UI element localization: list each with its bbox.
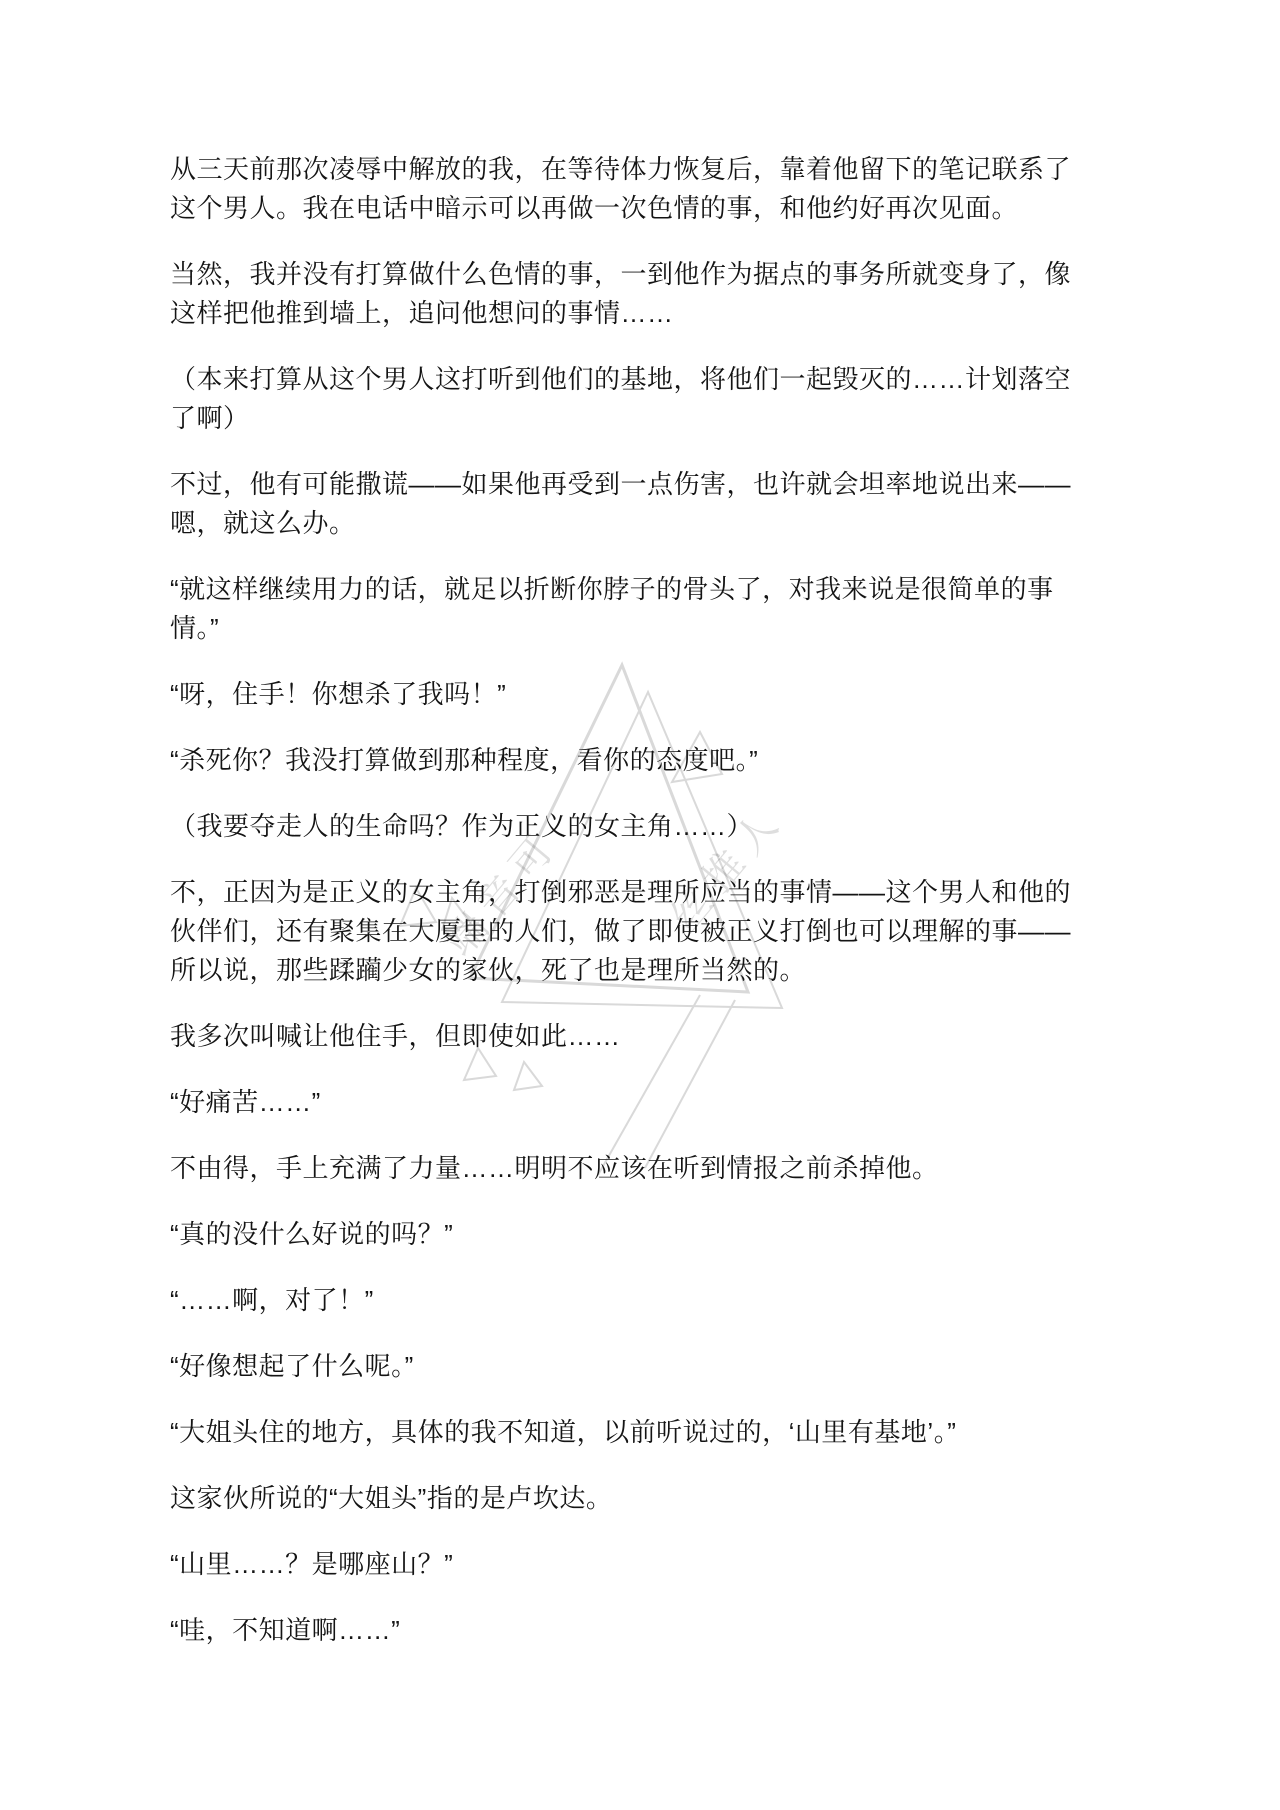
dialogue-line: “哇，不知道啊……” <box>170 1611 1082 1650</box>
document-page: 从三天前那次凌辱中解放的我，在等待体力恢复后，靠着他留下的笔记联系了这个男人。我… <box>0 0 1082 1650</box>
dialogue-line: “真的没什么好说的吗？” <box>170 1215 1082 1254</box>
dialogue-line: “好像想起了什么呢。” <box>170 1347 1082 1386</box>
dialogue-line: “杀死你？我没打算做到那种程度，看你的态度吧。” <box>170 741 1082 780</box>
narration-paragraph: 不，正因为是正义的女主角，打倒邪恶是理所应当的事情——这个男人和他的伙伴们，还有… <box>170 873 1082 990</box>
inner-thought: （本来打算从这个男人这打听到他们的基地，将他们一起毁灭的……计划落空了啊） <box>170 360 1082 438</box>
narration-paragraph: 这家伙所说的“大姐头”指的是卢坎达。 <box>170 1479 1082 1518</box>
narration-paragraph: 不由得，手上充满了力量……明明不应该在听到情报之前杀掉他。 <box>170 1149 1082 1188</box>
narration-paragraph: 我多次叫喊让他住手，但即使如此…… <box>170 1017 1082 1056</box>
narration-paragraph: 从三天前那次凌辱中解放的我，在等待体力恢复后，靠着他留下的笔记联系了这个男人。我… <box>170 150 1082 228</box>
dialogue-line: “山里……？是哪座山？” <box>170 1545 1082 1584</box>
inner-thought: （我要夺走人的生命吗？作为正义的女主角……） <box>170 807 1082 846</box>
dialogue-line: “呀，住手！你想杀了我吗！” <box>170 675 1082 714</box>
narration-paragraph: 不过，他有可能撒谎——如果他再受到一点伤害，也许就会坦率地说出来——嗯，就这么办… <box>170 465 1082 543</box>
dialogue-line: “……啊，对了！” <box>170 1281 1082 1320</box>
dialogue-line: “就这样继续用力的话，就足以折断你脖子的骨头了，对我来说是很简单的事情。” <box>170 570 1082 648</box>
dialogue-line: “大姐头住的地方，具体的我不知道，以前听说过的，‘山里有基地’。” <box>170 1413 1082 1452</box>
narration-paragraph: 当然，我并没有打算做什么色情的事，一到他作为据点的事务所就变身了，像这样把他推到… <box>170 255 1082 333</box>
dialogue-line: “好痛苦……” <box>170 1083 1082 1122</box>
